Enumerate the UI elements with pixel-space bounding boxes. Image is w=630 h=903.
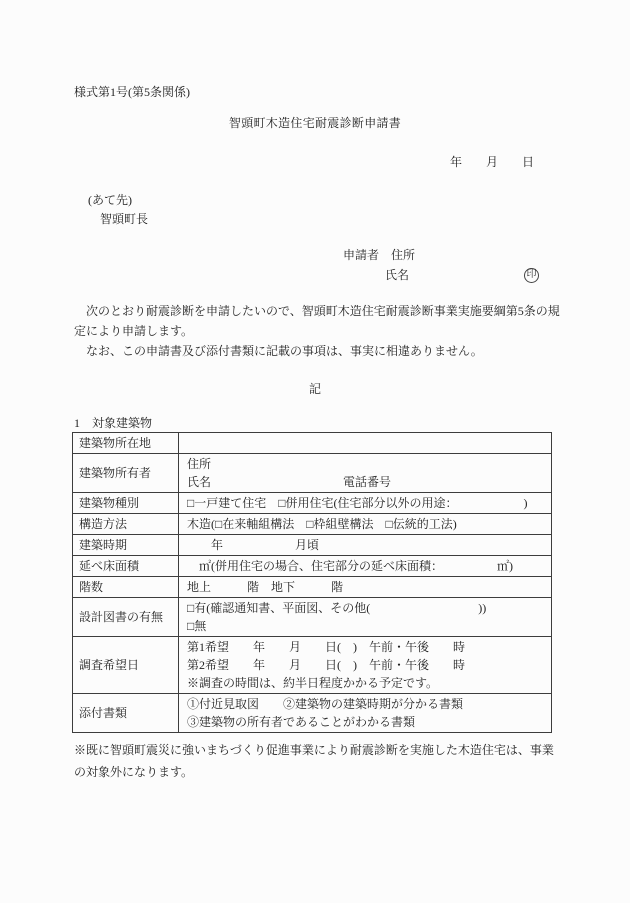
application-statement: 次のとおり耐震診断を申請したいので、智頭町木造住宅耐震診断事業実施要綱第5条の規… <box>74 301 574 361</box>
seal-icon: 印 <box>524 268 539 283</box>
notation-mark: 記 <box>0 380 630 397</box>
row-value-number-of-floors: 地上 階 地下 階 <box>179 577 552 598</box>
target-building-table: 建築物所在地 建築物所有者 住所 氏名 電話番号 建築物種別 □一戸建て住宅 □… <box>72 432 552 733</box>
row-value-design-documents: □有(確認通知書、平面図、その他( )) □無 <box>179 598 552 637</box>
row-value-structure-method: 木造(□在来軸組構法 □枠組壁構法 □伝統的工法) <box>179 514 552 535</box>
row-label-building-type: 建築物種別 <box>73 493 179 514</box>
date-line: 年 月 日 <box>450 153 534 170</box>
applicant-address-line: 申請者 住所 <box>343 245 539 265</box>
row-label-building-location: 建築物所在地 <box>73 433 179 454</box>
applicant-name-line: 氏名 印 <box>343 265 539 285</box>
row-value-total-floor-area: ㎡(併用住宅の場合、住宅部分の延べ床面積： ㎡) <box>179 556 552 577</box>
table-row: 建築時期 年 月頃 <box>73 535 552 556</box>
table-row: 延べ床面積 ㎡(併用住宅の場合、住宅部分の延べ床面積： ㎡) <box>73 556 552 577</box>
row-label-structure-method: 構造方法 <box>73 514 179 535</box>
row-value-building-owner: 住所 氏名 電話番号 <box>179 454 552 493</box>
row-value-attached-documents: ①付近見取図 ②建築物の建築時期が分かる書類 ③建築物の所有者であることがわかる… <box>179 694 552 733</box>
table-row: 階数 地上 階 地下 階 <box>73 577 552 598</box>
table-row: 建築物種別 □一戸建て住宅 □併用住宅(住宅部分以外の用途： ) <box>73 493 552 514</box>
page-title: 智頭町木造住宅耐震診断申請書 <box>0 114 630 131</box>
addressee-name: 智頭町長 <box>100 210 148 227</box>
table-row: 調査希望日 第1希望 年 月 日( ) 午前・午後 時 第2希望 年 月 日( … <box>73 637 552 694</box>
table-row: 構造方法 木造(□在来軸組構法 □枠組壁構法 □伝統的工法) <box>73 514 552 535</box>
application-form-page: 様式第1号(第5条関係) 智頭町木造住宅耐震診断申請書 年 月 日 (あて先) … <box>0 0 630 903</box>
table-row: 建築物所在地 <box>73 433 552 454</box>
exclusion-note: ※既に智頭町震災に強いまちづくり促進事業により耐震診断を実施した木造住宅は、事業… <box>74 739 579 783</box>
row-value-building-location <box>179 433 552 454</box>
addressee-label: (あて先) <box>88 191 132 208</box>
applicant-name-label: 氏名 <box>385 265 409 285</box>
row-label-construction-period: 建築時期 <box>73 535 179 556</box>
row-value-survey-preferred-date: 第1希望 年 月 日( ) 午前・午後 時 第2希望 年 月 日( ) 午前・午… <box>179 637 552 694</box>
section-heading: 1 対象建築物 <box>74 414 152 431</box>
table-row: 建築物所有者 住所 氏名 電話番号 <box>73 454 552 493</box>
seal-character: 印 <box>527 270 537 280</box>
row-value-building-type: □一戸建て住宅 □併用住宅(住宅部分以外の用途： ) <box>179 493 552 514</box>
row-label-design-documents: 設計図書の有無 <box>73 598 179 637</box>
row-value-construction-period: 年 月頃 <box>179 535 552 556</box>
applicant-block: 申請者 住所 氏名 印 <box>343 245 539 285</box>
row-label-total-floor-area: 延べ床面積 <box>73 556 179 577</box>
table-row: 設計図書の有無 □有(確認通知書、平面図、その他( )) □無 <box>73 598 552 637</box>
row-label-number-of-floors: 階数 <box>73 577 179 598</box>
row-label-survey-preferred-date: 調査希望日 <box>73 637 179 694</box>
row-label-attached-documents: 添付書類 <box>73 694 179 733</box>
form-number: 様式第1号(第5条関係) <box>74 83 190 100</box>
row-label-building-owner: 建築物所有者 <box>73 454 179 493</box>
table-row: 添付書類 ①付近見取図 ②建築物の建築時期が分かる書類 ③建築物の所有者であるこ… <box>73 694 552 733</box>
